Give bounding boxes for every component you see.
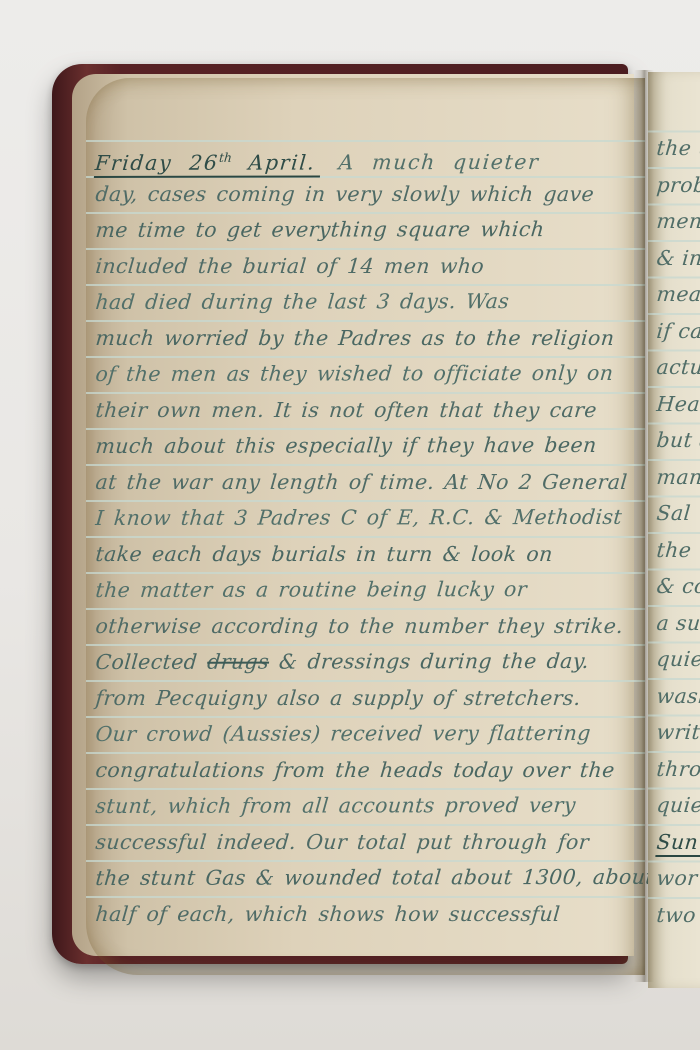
diary-left-page: Friday 26th April. A much quieter day, c… (86, 78, 645, 975)
diary-line-fragment: two (655, 897, 700, 934)
diary-line-fragment: proble (655, 167, 700, 204)
diary-line-fragment: writ (655, 714, 700, 751)
strike-line-post: & dressings during the day. (268, 649, 590, 674)
diary-line: me time to get everything square which (94, 211, 648, 248)
diary-line: included the burial of 14 men who (94, 248, 648, 284)
diary-line: at the war any length of time. At No 2 G… (94, 464, 648, 500)
diary-line-fragment: men (655, 203, 700, 240)
diary-line-fragment: Hear (655, 386, 700, 423)
diary-line-fragment-next-entry-heading: Sun (655, 824, 700, 861)
diary-line: Friday 26th April. A much quieter (94, 139, 648, 176)
diary-line: congratulations from the heads today ove… (94, 752, 648, 788)
entry-date-month: April. (231, 150, 317, 174)
diary-line-fragment: actu (655, 349, 700, 386)
diary-line-fragment: & cop (655, 568, 700, 605)
diary-line-fragment: the (655, 532, 700, 569)
entry-date-day: Friday 26 (94, 151, 220, 175)
diary-line-fragment: quie (655, 787, 700, 824)
diary-line-fragment: Sal (655, 495, 700, 532)
diary-line: had died during the last 3 days. Was (94, 283, 648, 320)
diary-line: of the men as they wished to officiate o… (94, 355, 648, 392)
diary-line: their own men. It is not often that they… (94, 392, 648, 428)
diary-line-fragment: mean (655, 276, 700, 313)
handwriting-fragments: the q proble men & in mean if ca actu He… (655, 130, 700, 933)
diary-line-fragment: man (655, 459, 700, 496)
strike-line-pre: Collected (95, 650, 209, 674)
diary-line: half of each, which shows how successful (94, 896, 648, 932)
diary-line-with-strikethrough: Collected drugs & dressings during the d… (94, 643, 648, 680)
diary-line-fragment: if ca (655, 313, 700, 350)
entry-date-heading: Friday 26th April. (94, 150, 323, 177)
diary-line: day, cases coming in very slowly which g… (94, 176, 648, 212)
diary-line: I know that 3 Padres C of E, R.C. & Meth… (94, 499, 648, 536)
diary-line-fragment: but a (655, 422, 700, 459)
diary-line: stunt, which from all accounts proved ve… (94, 787, 648, 824)
diary-line-fragment: a su (655, 605, 700, 642)
diary-right-page-partial: the q proble men & in mean if ca actu He… (648, 72, 700, 988)
diary-line: the stunt Gas & wounded total about 1300… (94, 859, 648, 896)
next-entry-heading-text: Sun (655, 830, 700, 857)
notebook-photo: Friday 26th April. A much quieter day, c… (0, 0, 700, 1050)
entry-first-words: A much quieter (321, 150, 541, 174)
diary-line: from Pecquigny also a supply of stretche… (94, 680, 648, 716)
diary-line: the matter as a routine being lucky or (94, 571, 648, 608)
struck-word: drugs (206, 650, 270, 674)
diary-line: much about this especially if they have … (94, 427, 648, 464)
diary-line: take each days burials in turn & look on (94, 536, 648, 572)
diary-line: otherwise according to the number they s… (94, 608, 648, 644)
diary-line-fragment: the q (655, 130, 700, 167)
diary-line-fragment: quie (655, 641, 700, 678)
diary-line: Our crowd (Aussies) received very flatte… (94, 715, 648, 752)
diary-line-fragment: & in (655, 240, 700, 277)
diary-line: much worried by the Padres as to the rel… (94, 320, 648, 356)
diary-line-fragment: thro (655, 751, 700, 788)
diary-line: successful indeed. Our total put through… (94, 824, 648, 860)
diary-line-fragment: wash (655, 678, 700, 715)
diary-line-fragment: wor (655, 860, 700, 897)
handwriting-block: Friday 26th April. A much quieter day, c… (94, 140, 645, 932)
